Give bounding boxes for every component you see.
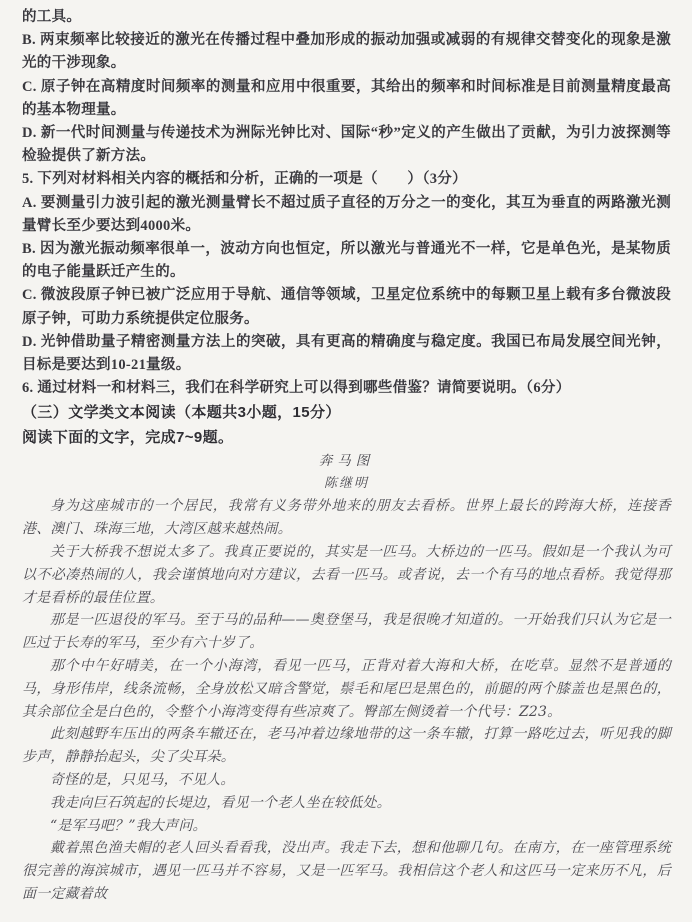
section3-heading-block: （三）文学类文本阅读（本题共3小题，15分） 阅读下面的文字，完成7~9题。 <box>22 400 671 450</box>
story-paragraph-9: 戴着黑色渔夫帽的老人回头看看我，没出声。我走下去，想和他聊几句。在南方，在一座管… <box>22 837 671 905</box>
section3-instruction: 阅读下面的文字，完成7~9题。 <box>22 425 671 450</box>
exam-paper-page: 的工具。 B. 两束频率比较接近的激光在传播过程中叠加形成的振动加强或减弱的有规… <box>0 0 692 922</box>
story-paragraph-5: 此刻越野车压出的两条车辙还在，老马冲着边缘地带的这一条车辙，打算一路吃过去，听见… <box>22 723 671 769</box>
q5-option-b: B. 因为激光振动频率很单一，波动方向也恒定，所以激光与普通光不一样，它是单色光… <box>22 238 671 284</box>
story-title: 奔马图 <box>22 450 671 473</box>
q4-option-c: C. 原子钟在高精度时间频率的测量和应用中很重要，其给出的频率和时间标准是目前测… <box>22 76 671 122</box>
story-paragraph-8: “是军马吧？”我大声问。 <box>22 815 671 838</box>
story-paragraph-4: 那个中午好晴美，在一个小海湾，看见一匹马，正背对着大海和大桥，在吃草。显然不是普… <box>22 655 671 723</box>
q4-option-b: B. 两束频率比较接近的激光在传播过程中叠加形成的振动加强或减弱的有规律交替变化… <box>22 29 671 75</box>
q6-stem: 6. 通过材料一和材料三，我们在科学研究上可以得到哪些借鉴？请简要说明。（6分） <box>22 377 671 400</box>
story-paragraph-7: 我走向巨石筑起的长堤边，看见一个老人坐在较低处。 <box>22 792 671 815</box>
story-paragraph-3: 那是一匹退役的军马。至于马的品种——奥登堡马，我是很晚才知道的。一开始我们只认为… <box>22 609 671 655</box>
q4-option-d: D. 新一代时间测量与传递技术为洲际光钟比对、国际“秒”定义的产生做出了贡献，为… <box>22 122 671 168</box>
story-paragraph-1: 身为这座城市的一个居民，我常有义务带外地来的朋友去看桥。世界上最长的跨海大桥，连… <box>22 495 671 541</box>
story-block: 奔马图 陈继明 身为这座城市的一个居民，我常有义务带外地来的朋友去看桥。世界上最… <box>22 450 671 905</box>
story-paragraph-2: 关于大桥我不想说太多了。我真正要说的，其实是一匹马。大桥边的一匹马。假如是一个我… <box>22 541 671 609</box>
question6-block: 6. 通过材料一和材料三，我们在科学研究上可以得到哪些借鉴？请简要说明。（6分） <box>22 377 671 400</box>
story-paragraph-6: 奇怪的是，只见马，不见人。 <box>22 769 671 792</box>
option-carryover-text: 的工具。 <box>22 6 671 29</box>
q5-option-d: D. 光钟借助量子精密测量方法上的突破，具有更高的精确度与稳定度。我国已布局发展… <box>22 331 671 377</box>
question4-block: 的工具。 B. 两束频率比较接近的激光在传播过程中叠加形成的振动加强或减弱的有规… <box>22 6 671 168</box>
story-author: 陈继明 <box>22 473 671 495</box>
q5-stem: 5. 下列对材料相关内容的概括和分析，正确的一项是（ ）（3分） <box>22 168 671 191</box>
question5-block: 5. 下列对材料相关内容的概括和分析，正确的一项是（ ）（3分） A. 要测量引… <box>22 168 671 377</box>
q5-option-a: A. 要测量引力波引起的激光测量臂长不超过质子直径的万分之一的变化，其互为垂直的… <box>22 192 671 238</box>
q5-option-c: C. 微波段原子钟已被广泛应用于导航、通信等领域，卫星定位系统中的每颗卫星上载有… <box>22 284 671 330</box>
section3-heading: （三）文学类文本阅读（本题共3小题，15分） <box>22 400 671 425</box>
